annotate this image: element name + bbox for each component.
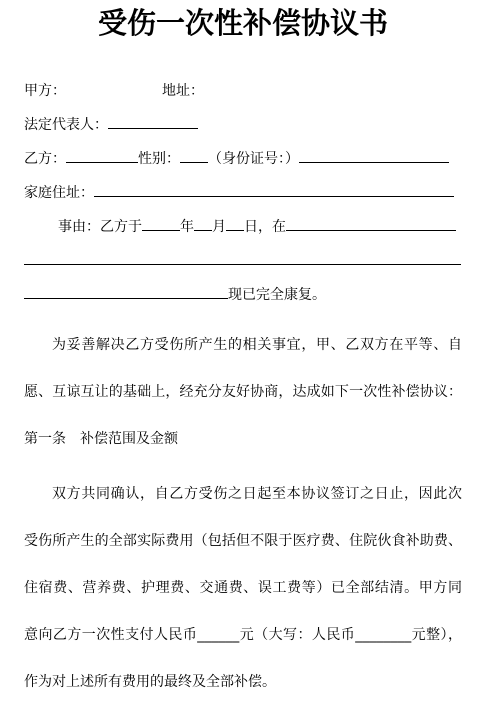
agreement-document: 受伤一次性补偿协议书 甲方：地址： 法定代表人： 乙方：性别：（身份证号：） 家…	[0, 0, 488, 716]
home-address-label: 家庭住址：	[24, 185, 94, 201]
party-b-line: 乙方：性别：（身份证号：）	[24, 142, 462, 176]
continuation-line	[24, 244, 462, 278]
month-blank	[194, 217, 212, 231]
legal-rep-label: 法定代表人：	[24, 117, 108, 133]
year-suffix: 年	[180, 219, 194, 235]
article1-line-5: 作为对上述所有费用的最终及全部补偿。	[24, 659, 462, 706]
recovered-text: 现已完全康复。	[228, 287, 326, 303]
party-b-label: 乙方：	[24, 151, 66, 167]
intro-line-1: 为妥善解决乙方受伤所产生的相关事宜，甲、乙双方在平等、自	[24, 322, 462, 369]
party-a-line: 甲方：地址：	[24, 74, 462, 108]
id-number-label: （身份证号：）	[208, 151, 299, 167]
gender-label: 性别：	[138, 151, 180, 167]
party-b-name-blank	[66, 149, 138, 163]
party-a-label: 甲方：	[24, 83, 66, 99]
legal-rep-blank	[108, 115, 198, 129]
recovery-line: 现已完全康复。	[24, 278, 462, 312]
id-number-blank	[299, 149, 449, 163]
party-info-section: 甲方：地址： 法定代表人： 乙方：性别：（身份证号：） 家庭住址： 事由：乙方于…	[24, 74, 462, 312]
document-title: 受伤一次性补偿协议书	[24, 0, 462, 41]
article1-line-1: 双方共同确认，自乙方受伤之日起至本协议签订之日止，因此次	[24, 471, 462, 518]
year-blank	[142, 217, 180, 231]
month-suffix: 月	[212, 219, 226, 235]
location-blank	[286, 217, 456, 231]
article1-line-2: 受伤所产生的全部实际费用（包括但不限于医疗费、住院伙食补助费、	[24, 518, 462, 565]
day-blank	[226, 217, 244, 231]
article1-line-4: 意向乙方一次性支付人民币______元（大写：人民币________元整），	[24, 612, 462, 659]
intro-line-2: 愿、互谅互让的基础上，经充分友好协商，达成如下一次性补偿协议：	[24, 369, 462, 416]
recovery-blank	[24, 285, 228, 299]
article1-line-3: 住宿费、营养费、护理费、交通费、误工费等）已全部结清。甲方同	[24, 565, 462, 612]
intro-paragraph: 为妥善解决乙方受伤所产生的相关事宜，甲、乙双方在平等、自 愿、互谅互让的基础上，…	[24, 322, 462, 463]
address-label: 地址：	[162, 83, 204, 99]
home-address-blank	[94, 183, 454, 197]
cause-line: 事由：乙方于年月日，在	[24, 210, 462, 244]
article1-heading: 第一条 补偿范围及金额	[24, 416, 462, 463]
cause-prefix: 事由：乙方于	[58, 219, 142, 235]
article1-paragraph: 双方共同确认，自乙方受伤之日起至本协议签订之日止，因此次 受伤所产生的全部实际费…	[24, 471, 462, 706]
home-address-line: 家庭住址：	[24, 176, 462, 210]
gender-blank	[180, 149, 208, 163]
day-suffix: 日，在	[244, 219, 286, 235]
continuation-blank	[24, 251, 461, 265]
legal-rep-line: 法定代表人：	[24, 108, 462, 142]
